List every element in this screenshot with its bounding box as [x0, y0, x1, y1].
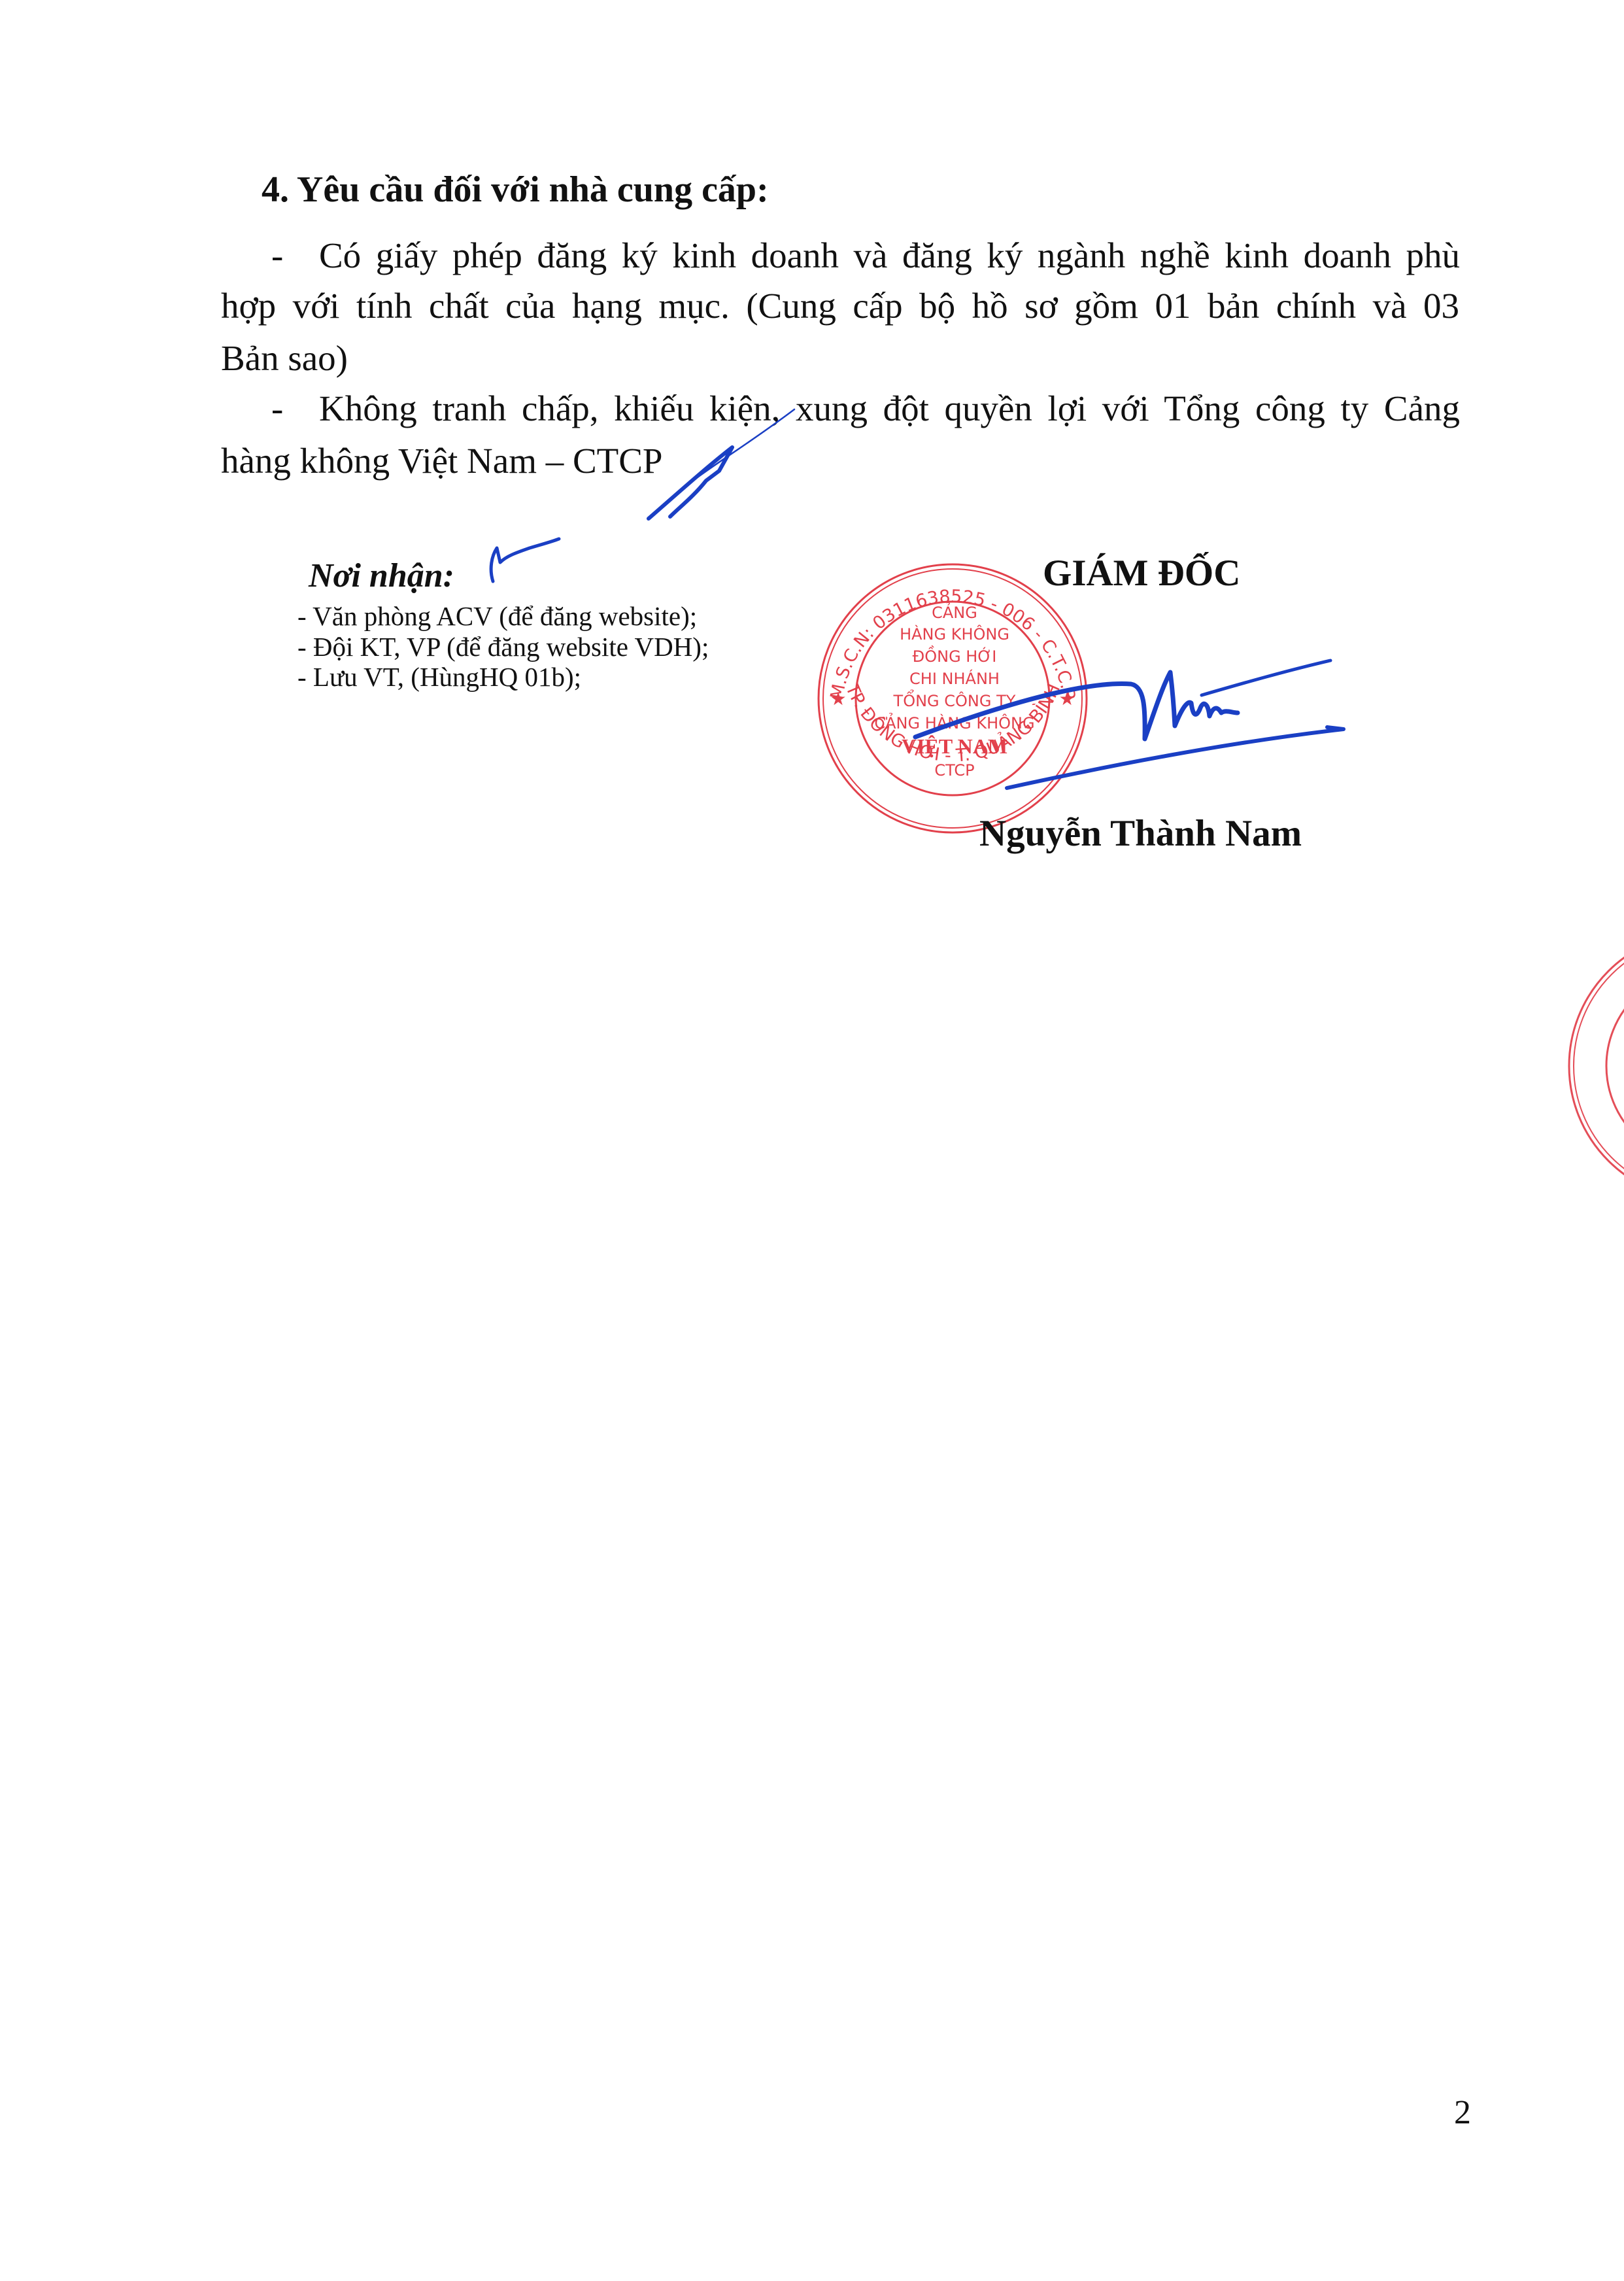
signer-name: Nguyễn Thành Nam: [979, 815, 1302, 852]
recipient-item: - Văn phòng ACV (để đăng website);: [297, 603, 697, 630]
item-2-line-1: Không tranh chấp, khiếu kiện, xung đột q…: [319, 390, 1460, 426]
seal-emphasis: VIỆT NAM: [902, 734, 1007, 758]
seal-ring-bottom-text: TP. ĐỒNG HỚI - T. QUẢNG BÌNH: [841, 680, 1065, 766]
recipient-item: - Lưu VT, (HùngHQ 01b);: [297, 664, 581, 691]
seal-star-icon: ★: [1058, 688, 1075, 710]
item-1-line-3: Bản sao): [221, 340, 348, 376]
section-heading: 4. Yêu cầu đối với nhà cung cấp:: [262, 171, 769, 208]
item-1-line-1: Có giấy phép đăng ký kinh doanh và đăng …: [319, 237, 1460, 273]
seal-ring-top-text: M.S.C.N: 0311638525 - 006 - C.T.C.P: [827, 587, 1079, 701]
seal-line: HÀNG KHÔNG: [900, 624, 1009, 643]
recipient-item: - Đội KT, VP (để đăng website VDH);: [297, 634, 709, 660]
signer-title: GIÁM ĐỐC: [1043, 555, 1240, 592]
seal-suffix: CTCP: [934, 761, 974, 780]
item-dash: -: [271, 390, 319, 426]
seal-line: CHI NHÁNH: [909, 669, 1000, 688]
recipients-title: Nơi nhận:: [309, 559, 454, 593]
item-2-first-line: -Không tranh chấp, khiếu kiện, xung đột …: [271, 390, 1460, 426]
seal-star-icon: ★: [830, 688, 846, 710]
seal-line: ĐỒNG HỚI: [913, 645, 997, 666]
seal-line: TỔNG CÔNG TY: [893, 689, 1016, 710]
item-2-line-2: hàng không Việt Nam – CTCP: [221, 443, 663, 479]
seal-line: CẢNG HÀNG KHÔNG: [874, 712, 1034, 732]
item-dash: -: [271, 237, 319, 273]
seal-line: CẢNG: [932, 602, 977, 622]
item-1-line-2: hợp với tính chất của hạng mục. (Cung cấ…: [221, 288, 1459, 324]
page-number: 2: [1454, 2096, 1471, 2130]
item-1-first-line: -Có giấy phép đăng ký kinh doanh và đăng…: [271, 237, 1460, 273]
